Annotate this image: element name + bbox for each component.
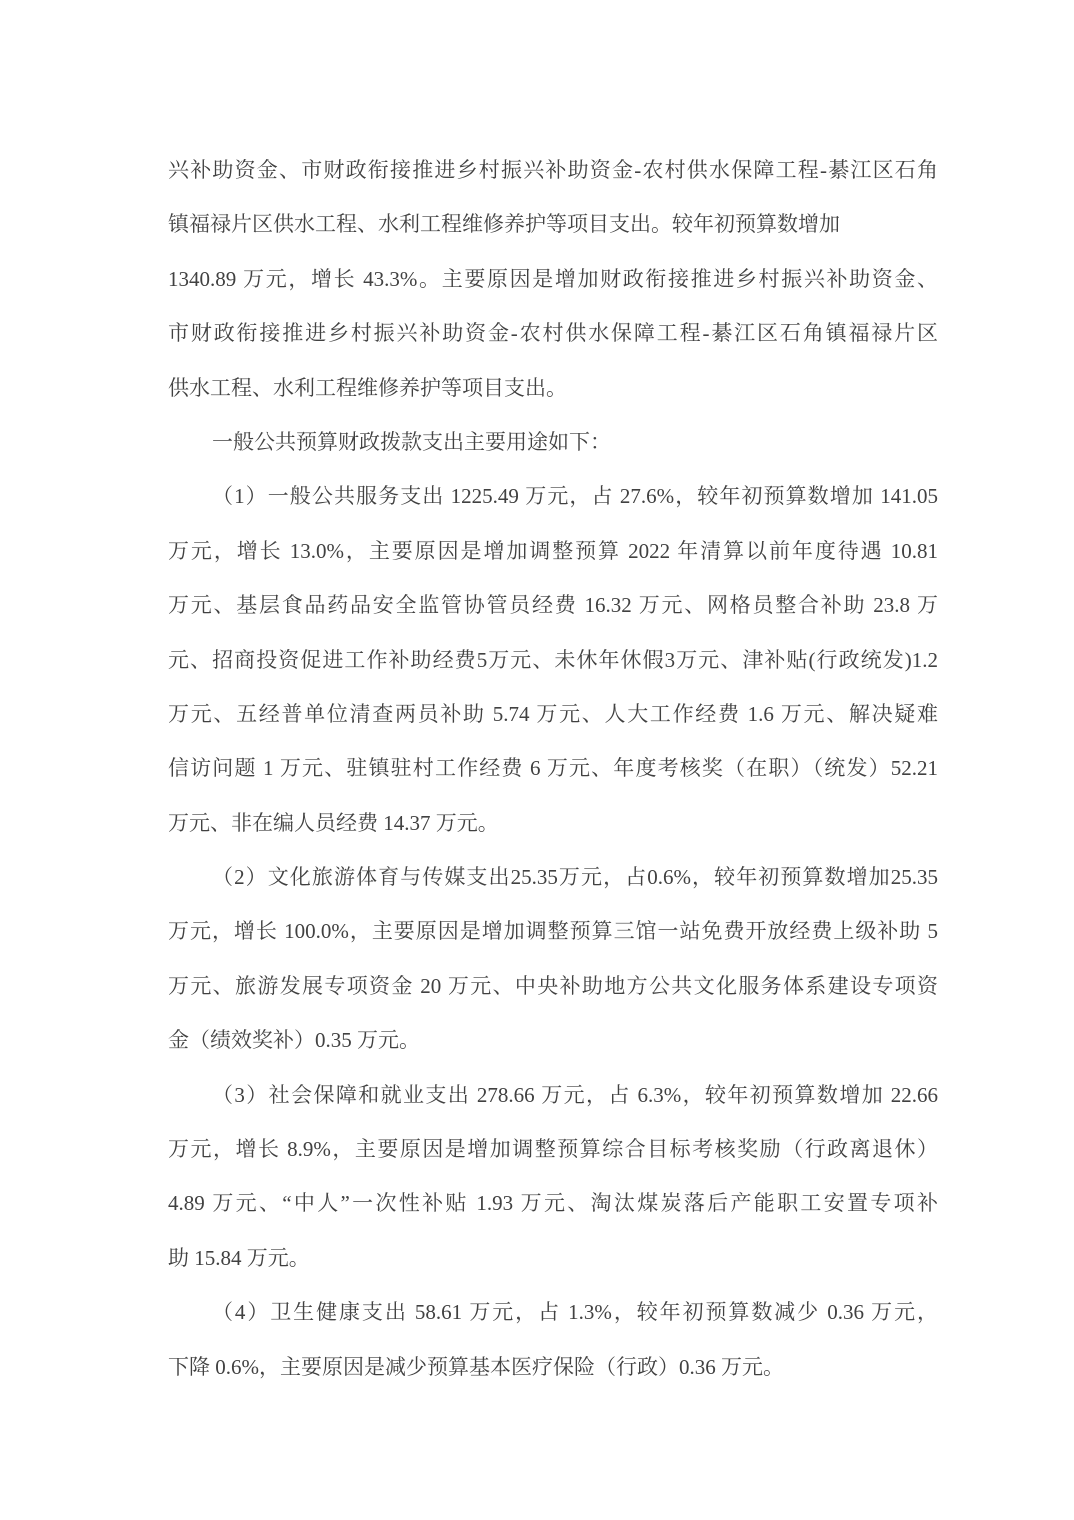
text-line-paragraph-end: 下降 0.6%，主要原因是减少预算基本医疗保险（行政）0.36 万元。 [168, 1340, 938, 1394]
text-line: 市财政衔接推进乡村振兴补助资金-农村供水保障工程-綦江区石角镇福禄片区 [168, 306, 938, 360]
text-line: 信访问题 1 万元、驻镇驻村工作经费 6 万元、年度考核奖（在职）（统发）52.… [168, 741, 938, 795]
text-line: 万元，增长 13.0%，主要原因是增加调整预算 2022 年清算以前年度待遇 1… [168, 524, 938, 578]
text-line-paragraph-start: 一般公共预算财政拨款支出主要用途如下： [168, 415, 938, 469]
text-line: 万元、五经普单位清查两员补助 5.74 万元、人大工作经费 1.6 万元、解决疑… [168, 687, 938, 741]
text-line: 4.89 万元、“中人”一次性补贴 1.93 万元、淘汰煤炭落后产能职工安置专项… [168, 1176, 938, 1230]
text-line: 万元，增长 100.0%，主要原因是增加调整预算三馆一站免费开放经费上级补助 5 [168, 904, 938, 958]
text-line-paragraph-start: （3）社会保障和就业支出 278.66 万元，占 6.3%，较年初预算数增加 2… [168, 1068, 938, 1122]
text-line-paragraph-end: 助 15.84 万元。 [168, 1231, 938, 1285]
text-line-paragraph-start: （4）卫生健康支出 58.61 万元，占 1.3%，较年初预算数减少 0.36 … [168, 1285, 938, 1339]
text-line-paragraph-end: 万元、非在编人员经费 14.37 万元。 [168, 796, 938, 850]
text-line-paragraph-end: 金（绩效奖补）0.35 万元。 [168, 1013, 938, 1067]
document-page: 兴补助资金、市财政衔接推进乡村振兴补助资金-农村供水保障工程-綦江区石角 镇福禄… [0, 0, 1074, 1520]
text-line-paragraph-start: （1）一般公共服务支出 1225.49 万元，占 27.6%，较年初预算数增加 … [168, 469, 938, 523]
text-line: 万元，增长 8.9%，主要原因是增加调整预算综合目标考核奖励（行政离退休） [168, 1122, 938, 1176]
text-line: 万元、基层食品药品安全监管协管员经费 16.32 万元、网格员整合补助 23.8… [168, 578, 938, 632]
text-line: 镇福禄片区供水工程、水利工程维修养护等项目支出。较年初预算数增加 [168, 197, 938, 251]
text-line: 兴补助资金、市财政衔接推进乡村振兴补助资金-农村供水保障工程-綦江区石角 [168, 143, 938, 197]
text-line: 元、招商投资促进工作补助经费5万元、未休年休假3万元、津补贴(行政统发)1.2 [168, 633, 938, 687]
text-line: 万元、旅游发展专项资金 20 万元、中央补助地方公共文化服务体系建设专项资 [168, 959, 938, 1013]
text-line: 1340.89 万元，增长 43.3%。主要原因是增加财政衔接推进乡村振兴补助资… [168, 252, 938, 306]
text-line-paragraph-end: 供水工程、水利工程维修养护等项目支出。 [168, 361, 938, 415]
text-line-paragraph-start: （2）文化旅游体育与传媒支出25.35万元，占0.6%，较年初预算数增加25.3… [168, 850, 938, 904]
text-block: 兴补助资金、市财政衔接推进乡村振兴补助资金-农村供水保障工程-綦江区石角 镇福禄… [168, 143, 938, 1394]
